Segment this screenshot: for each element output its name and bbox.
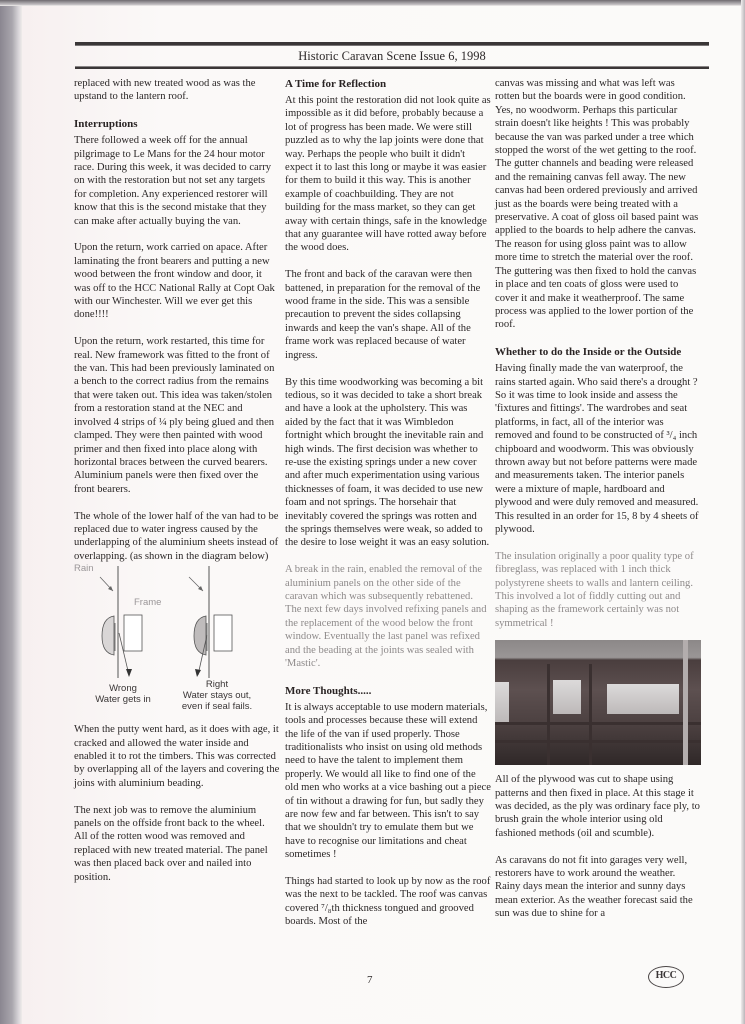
photo-beam xyxy=(589,664,592,765)
header-rule-bottom xyxy=(75,66,709,69)
hcc-logo: HCC xyxy=(648,966,684,988)
section-heading-a-time-for-reflection: A Time for Reflection xyxy=(285,77,491,91)
photo-beam xyxy=(495,722,701,725)
paragraph: Having finally made the van waterproof, … xyxy=(495,362,701,536)
paragraph: The front and back of the caravan were t… xyxy=(285,268,491,362)
photo-beam xyxy=(495,740,701,743)
photo-beam xyxy=(547,664,550,765)
caravan-interior-photo xyxy=(495,640,701,765)
page-number: 7 xyxy=(367,974,373,986)
paragraph: All of the plywood was cut to shape usin… xyxy=(495,773,701,840)
paragraph: replaced with new treated wood as was th… xyxy=(74,77,280,104)
column-1: replaced with new treated wood as was th… xyxy=(74,77,280,897)
paragraph: The insulation originally a poor quality… xyxy=(495,550,701,630)
paragraph: The next job was to remove the aluminium… xyxy=(74,804,280,884)
paragraph: A break in the rain, enabled the removal… xyxy=(285,563,491,670)
paragraph: It is always acceptable to use modern ma… xyxy=(285,701,491,862)
overlap-diagram: Rain Frame Wrong Water gets in Right Wat… xyxy=(74,563,280,713)
running-head: Historic Caravan Scene Issue 6, 1998 xyxy=(75,49,709,64)
photo-window xyxy=(553,680,581,714)
paragraph: There followed a week off for the annual… xyxy=(74,134,280,228)
section-heading-inside-or-outside: Whether to do the Inside or the Outside xyxy=(495,345,701,359)
header-rule-top xyxy=(75,42,709,46)
label-rain: Rain xyxy=(74,563,94,574)
paragraph: Upon the return, work carried on apace. … xyxy=(74,241,280,321)
paragraph: When the putty went hard, as it does wit… xyxy=(74,723,280,790)
label-right: Right Water stays out, even if seal fail… xyxy=(172,679,262,712)
paragraph: Things had started to look up by now as … xyxy=(285,875,491,929)
paragraph: The whole of the lower half of the van h… xyxy=(74,510,280,564)
photo-window xyxy=(607,684,679,714)
label-wrong: Wrong Water gets in xyxy=(88,683,158,705)
photo-post xyxy=(683,640,688,765)
column-2: A Time for Reflection At this point the … xyxy=(285,77,491,942)
section-heading-more-thoughts: More Thoughts..... xyxy=(285,684,491,698)
photo-window xyxy=(495,682,509,722)
section-heading-interruptions: Interruptions xyxy=(74,117,280,131)
paragraph: At this point the restoration did not lo… xyxy=(285,94,491,255)
column-3: canvas was missing and what was left was… xyxy=(495,77,701,934)
scan-binding-edge xyxy=(0,0,22,1024)
paragraph: Upon the return, work restarted, this ti… xyxy=(74,335,280,496)
paragraph: As caravans do not fit into garages very… xyxy=(495,854,701,921)
paragraph: By this time woodworking was becoming a … xyxy=(285,376,491,550)
label-frame: Frame xyxy=(134,597,161,608)
scan-right-edge xyxy=(741,0,745,1024)
paragraph: canvas was missing and what was left was… xyxy=(495,77,701,332)
